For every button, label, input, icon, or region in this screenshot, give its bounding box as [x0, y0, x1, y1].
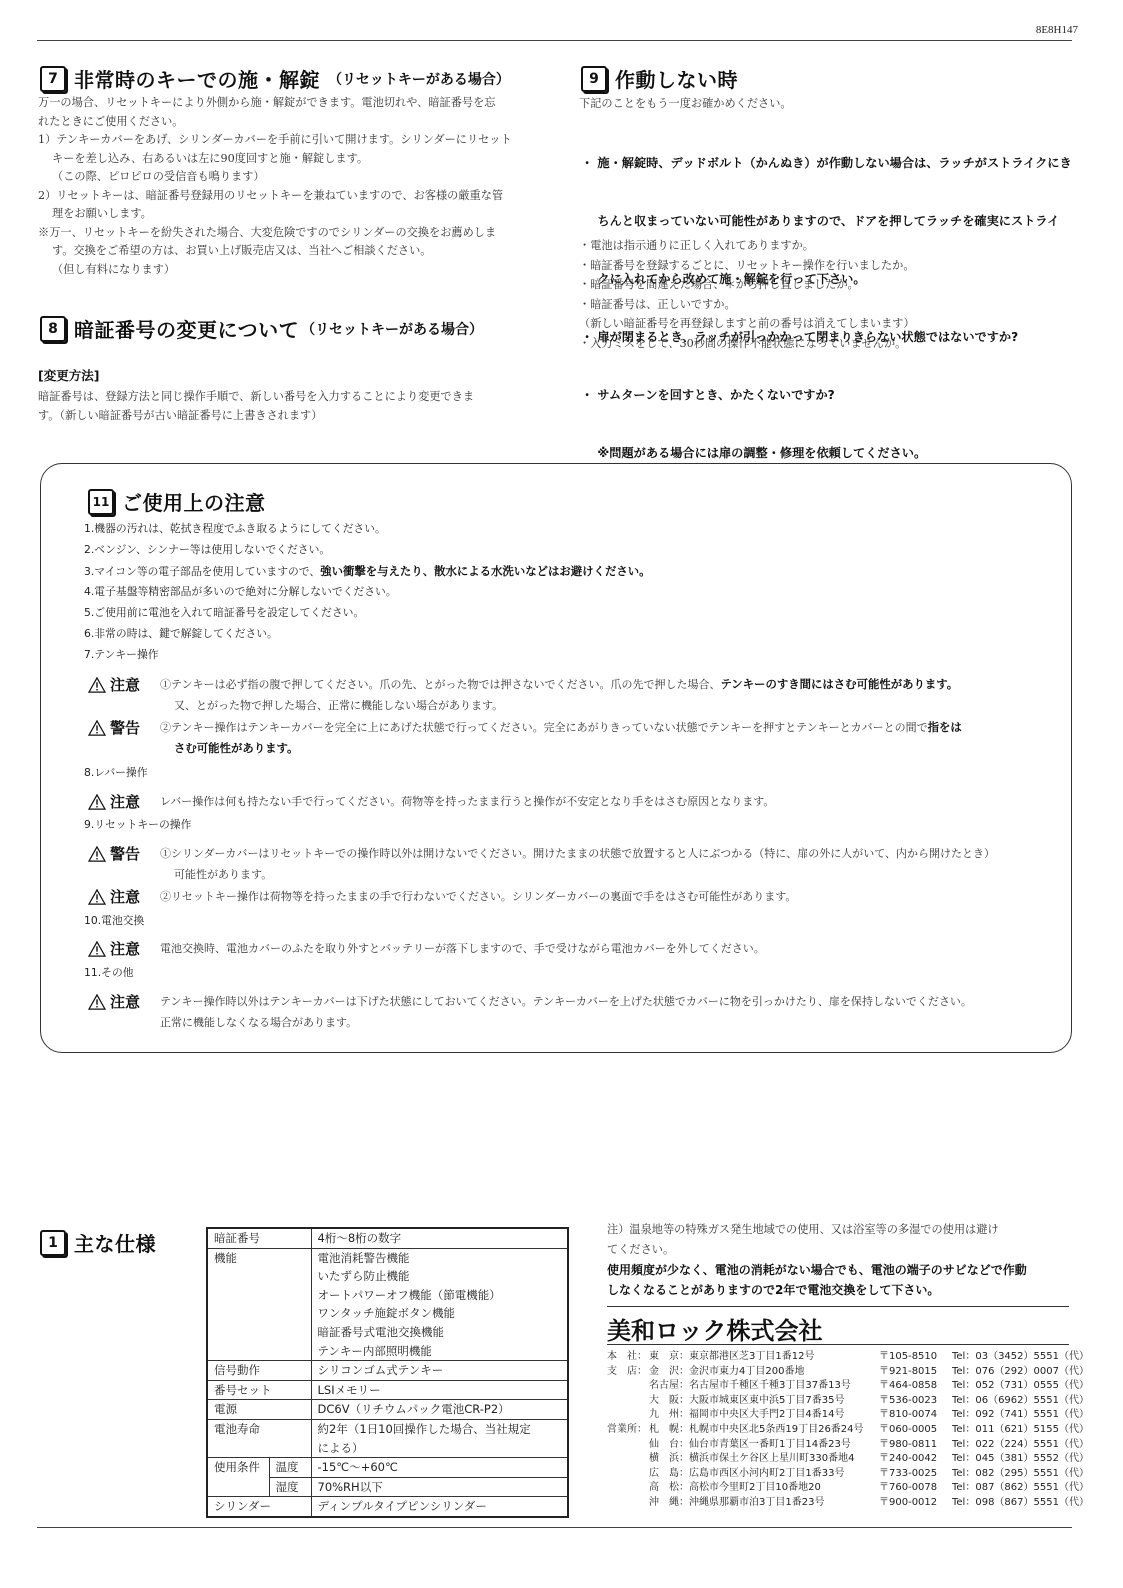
office-tel: Tel：092（741）5551（代） [952, 1408, 1089, 1423]
label-text: 注意 [110, 791, 140, 812]
document-id: 8E8H147 [1036, 24, 1078, 36]
caution-item-6: 6.非常の時は、鍵で解錠してください。 [84, 626, 278, 641]
section1-heading: 1 主な仕様 [40, 1228, 156, 1257]
section7-subtitle: （リセットキーがある場合） [328, 69, 510, 89]
bold-line: ※問題がある場合には扉の調整・修理を依頼してください。 [581, 443, 1072, 463]
caution-item-10: 10.電池交換 [84, 913, 144, 928]
spec-label: 番号セット [207, 1380, 311, 1400]
label-text: 注意 [110, 991, 140, 1012]
office-row: 名古屋：名古屋市千種区千種3丁目37番13号〒464-0858Tel：052（7… [607, 1379, 1089, 1394]
check-line: ・入力ミスをして、30秒間の操作不能状態になっていませんか。 [579, 334, 915, 354]
office-type [607, 1496, 647, 1511]
table-row: 電源DC6V（リチウムパック電池CR-P2） [207, 1400, 568, 1420]
spec-value: シリコンゴム式テンキー [311, 1361, 568, 1381]
caution-label: 注意 [88, 674, 160, 695]
text-line: す。（新しい暗証番号が古い暗証番号に上書きされます） [38, 407, 538, 426]
office-tel: Tel：011（621）5155（代） [952, 1423, 1089, 1438]
check-line: ・暗証番号を登録するごとに、リセットキー操作を行いましたか。 [579, 256, 915, 276]
section8-body: 暗証番号は、登録方法と同じ操作手順で、新しい番号を入力することにより変更できま … [38, 388, 538, 425]
spec-value: 約2年（1日10回操作した場合、当社規定による） [311, 1419, 568, 1457]
bold-text: さむ可能性があります。 [174, 741, 298, 755]
section-number-badge: 1 [40, 1230, 66, 1256]
office-tel: Tel：087（862）5551（代） [952, 1481, 1089, 1496]
section7-heading: 7 非常時のキーでの施・解錠 （リセットキーがある場合） [40, 64, 510, 93]
warning-text: 電池交換時、電池カバーのふたを取り外すとバッテリーが落下しますので、手で受けなが… [160, 938, 765, 959]
office-zip: 〒240-0042 [879, 1452, 952, 1467]
office-row: 横浜：横浜市保土ケ谷区上星川町330番地4〒240-0042Tel：045（38… [607, 1452, 1089, 1467]
office-type: 支 店： [607, 1365, 647, 1380]
warning-triangle-icon [88, 720, 106, 736]
office-city: 仙台 [647, 1438, 679, 1453]
office-row: 大阪：大阪市城東区東中浜5丁目7番35号〒536-0023Tel：06（6962… [607, 1394, 1089, 1409]
spec-label: 信号動作 [207, 1361, 311, 1381]
function-item: いたずら防止機能 [318, 1267, 562, 1286]
office-row: 本 社：東京：東京都港区芝3丁目1番12号〒105-8510Tel：03（345… [607, 1350, 1089, 1365]
text: による） [318, 1439, 562, 1458]
caution-item-8: 8.レバー操作 [84, 765, 148, 780]
office-row: 高松：高松市今里町2丁目10番地20〒760-0078Tel：087（862）5… [607, 1481, 1089, 1496]
office-type [607, 1438, 647, 1453]
office-zip: 〒810-0074 [879, 1408, 952, 1423]
text-line: す。交換をご希望の方は、お買い上げ販売店又は、当社へご相談ください。 [38, 242, 538, 261]
office-city: 広島 [647, 1467, 679, 1482]
spec-label: 機能 [207, 1248, 311, 1361]
bold-text: テンキーのすき間にはさむ可能性があります。 [720, 677, 958, 691]
function-item: ワンタッチ施錠ボタン機能 [318, 1304, 562, 1323]
label-text: 注意 [110, 886, 140, 907]
section-number-badge: 9 [581, 66, 607, 92]
bold-line: 使用頻度が少なく、電池の消耗がない場合でも、電池の端子のサビなどで作動 [607, 1260, 1027, 1280]
warning-text: ②リセットキー操作は荷物等を持ったままの手で行わないでください。シリンダーカバー… [160, 886, 796, 907]
office-tel: Tel：022（224）5551（代） [952, 1438, 1089, 1453]
office-tel: Tel：045（381）5552（代） [952, 1452, 1089, 1467]
bottom-rule [37, 1527, 1072, 1528]
warning-block: 注意 レバー操作は何も持たない手で行ってください。荷物等を持ったまま行うと操作が… [88, 791, 774, 812]
spec-value: LSIメモリー [311, 1380, 568, 1400]
office-tel: Tel：082（295）5551（代） [952, 1467, 1089, 1482]
text-line: キーを差し込み、右あるいは左に90度回すと施・解錠します。 [38, 150, 538, 169]
check-line: ・電池は指示通りに正しく入れてありますか。 [579, 236, 915, 256]
bold-line: ・ サムターンを回すとき、かたくないですか? [581, 385, 1072, 405]
warning-block: 警告 ②テンキー操作はテンキーカバーを完全に上にあげた状態で行ってください。完全… [88, 717, 962, 759]
section-number-badge: 11 [88, 489, 114, 515]
label-text: 警告 [110, 843, 140, 864]
office-zip: 〒733-0025 [879, 1467, 952, 1482]
warning-block: 注意 テンキー操作時以外はテンキーカバーは下げた状態にしておいてください。テンキ… [88, 991, 972, 1033]
check-line: （新しい暗証番号を再登録しますと前の番号は消えてしまいます） [579, 314, 915, 334]
function-item: 暗証番号式電池交換機能 [318, 1323, 562, 1342]
office-type [607, 1481, 647, 1496]
spec-value: 70%RH以下 [311, 1477, 568, 1497]
spec-value: DC6V（リチウムパック電池CR-P2） [311, 1400, 568, 1420]
office-tel: Tel：03（3452）5551（代） [952, 1350, 1089, 1365]
office-type: 本 社： [607, 1350, 647, 1365]
text-line: 暗証番号は、登録方法と同じ操作手順で、新しい番号を入力することにより変更できま [38, 388, 538, 407]
section11-title: ご使用上の注意 [122, 487, 266, 516]
office-city: 大阪 [647, 1394, 679, 1409]
office-city: 金沢 [647, 1365, 679, 1380]
office-zip: 〒980-0811 [879, 1438, 952, 1453]
office-address: ：金沢市東力4丁目200番地 [679, 1365, 879, 1380]
section9-intro: 下記のことをもう一度お確かめください。 [579, 95, 792, 114]
function-item: 電池消耗警告機能 [318, 1249, 562, 1268]
section-number-badge: 8 [40, 316, 66, 342]
office-zip: 〒464-0858 [879, 1379, 952, 1394]
office-type [607, 1379, 647, 1394]
text: 正常に機能しなくなる場合があります。 [160, 1012, 972, 1033]
office-row: 支 店：金沢：金沢市東力4丁目200番地〒921-8015Tel：076（292… [607, 1365, 1089, 1380]
spec-label: シリンダー [207, 1497, 311, 1517]
office-city: 札幌 [647, 1423, 679, 1438]
bold-text: 強い衝撃を与えたり、散水による水洗いなどはお避けください。 [320, 564, 650, 578]
office-tel: Tel：052（731）0555（代） [952, 1379, 1089, 1394]
section9-checks: ・電池は指示通りに正しく入れてありますか。 ・暗証番号を登録するごとに、リセット… [579, 236, 915, 354]
office-type [607, 1452, 647, 1467]
office-row: 九州：福岡市中央区大手門2丁目4番14号〒810-0074Tel：092（741… [607, 1408, 1089, 1423]
change-method-heading: [変更方法] [38, 366, 99, 384]
bold-line: しなくなることがありますので2年で電池交換をして下さい。 [607, 1280, 1027, 1300]
check-line: ・暗証番号を間違えた場合、＊から押し直しましたか。 [579, 275, 915, 295]
section9-heading: 9 作動しない時 [581, 64, 738, 93]
caution-item-9: 9.リセットキーの操作 [84, 817, 191, 832]
divider [607, 1306, 1069, 1307]
spec-table: 暗証番号4桁～8桁の数字 機能 電池消耗警告機能 いたずら防止機能 オートパワー… [206, 1227, 569, 1518]
warning-label: 警告 [88, 717, 160, 738]
table-row: 電池寿命約2年（1日10回操作した場合、当社規定による） [207, 1419, 568, 1457]
caution-item-2: 2.ベンジン、シンナー等は使用しないでください。 [84, 542, 330, 557]
office-tel: Tel：098（867）5551（代） [952, 1496, 1089, 1511]
office-city: 名古屋 [647, 1379, 679, 1394]
office-address: ：仙台市青葉区一番町1丁目14番23号 [679, 1438, 879, 1453]
spec-label: 電池寿命 [207, 1419, 311, 1457]
warning-triangle-icon [88, 889, 106, 905]
caution-label: 注意 [88, 886, 160, 907]
office-city: 沖縄 [647, 1496, 679, 1511]
bold-text: 指をは [928, 720, 962, 734]
spec-value: 4桁～8桁の数字 [311, 1228, 568, 1248]
text: 可能性があります。 [160, 864, 995, 885]
section1-title: 主な仕様 [74, 1228, 156, 1257]
table-row: 信号動作シリコンゴム式テンキー [207, 1361, 568, 1381]
office-city: 東京 [647, 1350, 679, 1365]
caution-item-7: 7.テンキー操作 [84, 647, 159, 662]
office-zip: 〒105-8510 [879, 1350, 952, 1365]
label-text: 注意 [110, 674, 140, 695]
office-address: ：広島市西区小河内町2丁目1番33号 [679, 1467, 879, 1482]
label-text: 注意 [110, 938, 140, 959]
usage-note: 注）温泉地等の特殊ガス発生地域での使用、又は浴室等の多湿での使用は避け てくださ… [607, 1220, 1027, 1300]
spec-sublabel: 温度 [269, 1458, 311, 1478]
spec-value: 電池消耗警告機能 いたずら防止機能 オートパワーオフ機能（節電機能） ワンタッチ… [311, 1248, 568, 1361]
spec-label: 暗証番号 [207, 1228, 311, 1248]
bold-line: ちんと収まっていない可能性がありますので、ドアを押してラッチを確実にストライ [581, 211, 1072, 231]
section7-body: 万一の場合、リセットキーにより外側から施・解錠ができます。電池切れや、暗証番号を… [38, 94, 538, 279]
spec-value: ディンプルタイプピンシリンダー [311, 1497, 568, 1517]
text: 3.マイコン等の電子部品を使用していますので、 [84, 565, 320, 578]
text-line: てください。 [607, 1240, 1027, 1260]
caution-item-3: 3.マイコン等の電子部品を使用していますので、強い衝撃を与えたり、散水による水洗… [84, 563, 651, 579]
section-number-badge: 7 [40, 66, 66, 92]
caution-item-4: 4.電子基盤等精密部品が多いので絶対に分解しないでください。 [84, 584, 397, 599]
office-address: ：高松市今里町2丁目10番地20 [679, 1481, 879, 1496]
warning-triangle-icon [88, 846, 106, 862]
office-zip: 〒900-0012 [879, 1496, 952, 1511]
text-line: （この際、ピロピロの受信音も鳴ります） [38, 168, 538, 187]
office-address: ：名古屋市千種区千種3丁目37番13号 [679, 1379, 879, 1394]
text-line: 注）温泉地等の特殊ガス発生地域での使用、又は浴室等の多湿での使用は避け [607, 1220, 1027, 1240]
section9-title: 作動しない時 [615, 64, 738, 93]
spec-value: -15℃～+60℃ [311, 1458, 568, 1478]
top-rule [37, 40, 1072, 41]
caution-label: 注意 [88, 991, 160, 1012]
warning-text: レバー操作は何も持たない手で行ってください。荷物等を持ったまま行うと操作が不安定… [160, 791, 774, 812]
office-address: ：福岡市中央区大手門2丁目4番14号 [679, 1408, 879, 1423]
section11-heading: 11 ご使用上の注意 [88, 487, 266, 516]
office-address: ：大阪市城東区東中浜5丁目7番35号 [679, 1394, 879, 1409]
spec-sublabel: 湿度 [269, 1477, 311, 1497]
text-line: （但し有料になります） [38, 261, 538, 280]
check-line: ・暗証番号は、正しいですか。 [579, 295, 915, 315]
text: 約2年（1日10回操作した場合、当社規定 [318, 1420, 562, 1439]
warning-text: テンキー操作時以外はテンキーカバーは下げた状態にしておいてください。テンキーカバ… [160, 991, 972, 1033]
section8-heading: 8 暗証番号の変更について （リセットキーがある場合） [40, 314, 483, 343]
warning-triangle-icon [88, 994, 106, 1010]
office-address: ：札幌市中央区北5条西19丁目26番24号 [679, 1423, 879, 1438]
text-line: 1）テンキーカバーをあげ、シリンダーカバーを手前に引いて開けます。シリンダーにリ… [38, 131, 538, 150]
bold-line: ・ 施・解錠時、デッドボルト（かんぬき）が作動しない場合は、ラッチがストライクに… [581, 153, 1072, 173]
caution-item-5: 5.ご使用前に電池を入れて暗証番号を設定してください。 [84, 605, 364, 620]
office-type [607, 1408, 647, 1423]
office-zip: 〒060-0005 [879, 1423, 952, 1438]
function-item: テンキー内部照明機能 [318, 1342, 562, 1361]
text-line: ※万一、リセットキーを紛失された場合、大変危険ですのでシリンダーの交換をお薦めし… [38, 224, 538, 243]
text: 又、とがった物で押した場合、正常に機能しない場合があります。 [160, 695, 958, 716]
section8-subtitle: （リセットキーがある場合） [301, 319, 483, 339]
spec-label: 電源 [207, 1400, 311, 1420]
warning-text: ②テンキー操作はテンキーカバーを完全に上にあげた状態で行ってください。完全にあが… [160, 717, 962, 759]
office-zip: 〒760-0078 [879, 1481, 952, 1496]
text: ①シリンダーカバーはリセットキーでの操作時以外は開けないでください。開けたままの… [160, 843, 995, 864]
office-row: 営業所：札幌：札幌市中央区北5条西19丁目26番24号〒060-0005Tel：… [607, 1423, 1089, 1438]
office-type: 営業所： [607, 1423, 647, 1438]
office-zip: 〒536-0023 [879, 1394, 952, 1409]
office-row: 沖縄：沖縄県那覇市泊3丁目1番23号〒900-0012Tel：098（867）5… [607, 1496, 1089, 1511]
table-row: 使用条件温度-15℃～+60℃ [207, 1458, 568, 1478]
office-type [607, 1467, 647, 1482]
table-row: 機能 電池消耗警告機能 いたずら防止機能 オートパワーオフ機能（節電機能） ワン… [207, 1248, 568, 1361]
table-row: 暗証番号4桁～8桁の数字 [207, 1228, 568, 1248]
office-list: 本 社：東京：東京都港区芝3丁目1番12号〒105-8510Tel：03（345… [607, 1350, 1089, 1511]
office-city: 九州 [647, 1408, 679, 1423]
office-row: 広島：広島市西区小河内町2丁目1番33号〒733-0025Tel：082（295… [607, 1467, 1089, 1482]
office-row: 仙台：仙台市青葉区一番町1丁目14番23号〒980-0811Tel：022（22… [607, 1438, 1089, 1453]
caution-item-11: 11.その他 [84, 965, 134, 980]
warning-block: 注意 電池交換時、電池カバーのふたを取り外すとバッテリーが落下しますので、手で受… [88, 938, 765, 959]
office-address: ：東京都港区芝3丁目1番12号 [679, 1350, 879, 1365]
text-line: 万一の場合、リセットキーにより外側から施・解錠ができます。電池切れや、暗証番号を… [38, 94, 538, 113]
office-city: 高松 [647, 1481, 679, 1496]
caution-label: 注意 [88, 791, 160, 812]
office-tel: Tel：076（292）0007（代） [952, 1365, 1089, 1380]
label-text: 警告 [110, 717, 140, 738]
warning-label: 警告 [88, 843, 160, 864]
office-address: ：横浜市保土ケ谷区上星川町330番地4 [679, 1452, 879, 1467]
warning-triangle-icon [88, 941, 106, 957]
warning-text: ①シリンダーカバーはリセットキーでの操作時以外は開けないでください。開けたままの… [160, 843, 995, 885]
text: ②テンキー操作はテンキーカバーを完全に上にあげた状態で行ってください。完全にあが… [160, 721, 928, 734]
text-line: 理をお願いします。 [38, 205, 538, 224]
spec-label: 使用条件 [207, 1458, 269, 1497]
text-line: れたときにご使用ください。 [38, 113, 538, 132]
warning-block: 注意 ②リセットキー操作は荷物等を持ったままの手で行わないでください。シリンダー… [88, 886, 796, 907]
warning-triangle-icon [88, 794, 106, 810]
table-row: シリンダーディンプルタイプピンシリンダー [207, 1497, 568, 1517]
warning-text: ①テンキーは必ず指の腹で押してください。爪の先、とがった物では押さないでください… [160, 674, 958, 716]
caution-label: 注意 [88, 938, 160, 959]
text: テンキー操作時以外はテンキーカバーは下げた状態にしておいてください。テンキーカバ… [160, 991, 972, 1012]
text-line: 2）リセットキーは、暗証番号登録用のリセットキーを兼ねていますので、お客様の厳重… [38, 187, 538, 206]
section8-title: 暗証番号の変更について [74, 314, 299, 343]
warning-block: 注意 ①テンキーは必ず指の腹で押してください。爪の先、とがった物では押さないでく… [88, 674, 958, 716]
office-address: ：沖縄県那覇市泊3丁目1番23号 [679, 1496, 879, 1511]
office-type [607, 1394, 647, 1409]
function-item: オートパワーオフ機能（節電機能） [318, 1286, 562, 1305]
caution-item-1: 1.機器の汚れは、乾拭き程度でふき取るようにしてください。 [84, 521, 386, 536]
company-name: 美和ロック株式会社 [607, 1311, 823, 1346]
warning-triangle-icon [88, 677, 106, 693]
office-zip: 〒921-8015 [879, 1365, 952, 1380]
office-tel: Tel：06（6962）5551（代） [952, 1394, 1089, 1409]
section7-title: 非常時のキーでの施・解錠 [74, 64, 320, 93]
divider [607, 1344, 1069, 1345]
text: ①テンキーは必ず指の腹で押してください。爪の先、とがった物では押さないでください… [160, 678, 720, 691]
office-city: 横浜 [647, 1452, 679, 1467]
table-row: 番号セットLSIメモリー [207, 1380, 568, 1400]
warning-block: 警告 ①シリンダーカバーはリセットキーでの操作時以外は開けないでください。開けた… [88, 843, 995, 885]
